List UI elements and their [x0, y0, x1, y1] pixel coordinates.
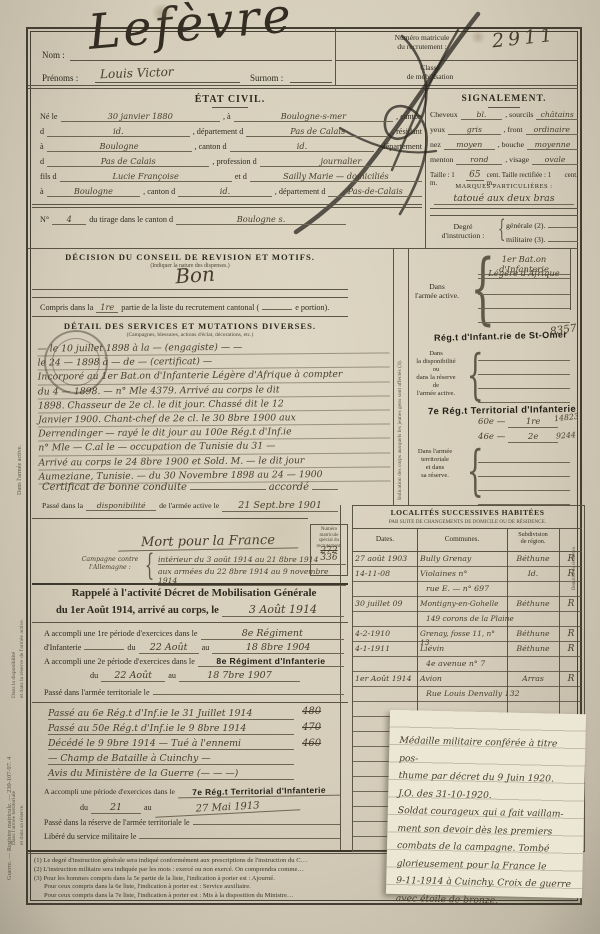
blank-line: [548, 241, 578, 242]
printed-label: territoriale: [421, 456, 449, 463]
periode-territoriale-line-2: du21au27 Mai 1913: [80, 802, 300, 814]
printed-label: de: [433, 382, 439, 389]
printed-label: du: [127, 643, 135, 652]
handwritten-entry: bl.: [461, 110, 503, 120]
blank-line: [478, 392, 570, 403]
libere-line: Libéré du service militaire le: [44, 832, 340, 841]
localites-col-dates: Dates.: [354, 535, 416, 543]
struck-number: 460: [302, 738, 321, 749]
loc-date: 27 août 1903: [355, 554, 415, 563]
printed-label: à: [40, 142, 44, 151]
nom-label: Nom :: [42, 50, 65, 60]
note-line: Médaille militaire conférée à titre pos-: [399, 732, 578, 771]
handwritten-entry: moyenne: [527, 140, 578, 150]
handwritten-entry: moyen: [444, 140, 495, 150]
blank-line: [478, 312, 570, 323]
loc-commune: 149 corons de la Plaine: [426, 614, 516, 623]
loc-subdivision: Béthune: [509, 644, 557, 653]
margin-label-disponibilite-2: et dans la réserve de l'armée active.: [19, 619, 25, 698]
paper-stain: [470, 30, 486, 44]
handwritten-entry: 18 7bre 1907: [179, 670, 300, 682]
handwritten-entry: id.: [178, 186, 272, 197]
handwritten-entry: 30 janvier 1880: [61, 111, 220, 122]
printed-label: , département d: [275, 187, 326, 196]
territorial-entry: Passé au 50e Rég.t d'Inf.ie le 9 8bre 19…: [48, 723, 294, 735]
printed-label: et dans: [426, 464, 445, 471]
handwritten-entry: rond: [456, 155, 502, 165]
matricule-label-line2: du recrutement :: [397, 42, 446, 51]
printed-label: Passé dans la: [42, 501, 83, 510]
blank-line: [139, 838, 340, 839]
handwritten-entry: 2e: [508, 432, 558, 443]
loc-mark: R: [561, 629, 581, 639]
divider: [393, 248, 394, 505]
rule: [95, 82, 240, 83]
printed-label: générale (2).: [506, 221, 545, 230]
instruction-generale: générale (2).: [506, 221, 578, 230]
loc-subdivision: Arras: [509, 674, 557, 683]
printed-label: à: [40, 187, 44, 196]
corps-active-entry: Légère d'Afrique: [478, 268, 570, 279]
printed-label: , profession d: [212, 157, 256, 166]
periode1-line-1: A accompli une 1re période d'exercices d…: [44, 628, 344, 640]
localites-subtitle: PAR SUITE DE CHANGEMENTS DE DOMICILE OU …: [354, 519, 581, 525]
signalement-title: SIGNALEMENT.: [430, 94, 578, 104]
printed-label: Dans: [429, 350, 443, 357]
instruction-militaire: militaire (3).: [506, 235, 578, 244]
territorial-entry: — Champ de Bataille à Cuinchy —: [48, 753, 294, 765]
blank-line: [153, 694, 344, 695]
compris-line: Compris dans la1repartie de la liste du …: [40, 302, 348, 313]
etat-line-5: fils dLucie Françoiseet dSailly Marie — …: [40, 171, 422, 182]
etat-line-6: àBoulogne, canton did., département dPas…: [40, 186, 422, 197]
handwritten-entry: 3 Août 1914: [222, 603, 344, 617]
loc-date: 1er Août 1914: [355, 674, 415, 683]
printed-label: , résidant: [392, 127, 422, 136]
printed-label: Compris dans la: [40, 303, 93, 312]
margin-label-armee-active: Dans l'armée active.: [16, 445, 23, 495]
etat-line-2: did., département dPas de Calais, résida…: [40, 126, 422, 137]
decision-title: DÉCISION DU CONSEIL DE REVISION ET MOTIF…: [56, 252, 324, 262]
footnotes: (1) Le degré d'instruction générale sera…: [34, 857, 578, 901]
passe-territoriale-line: Passé dans l'armée territoriale le: [44, 688, 344, 697]
blank-line: [478, 452, 570, 463]
etat-line-4: dPas de Calais, profession djournalier: [40, 156, 422, 167]
divider: [570, 248, 571, 310]
printed-label: la disponibilité: [416, 358, 455, 365]
printed-label: , département d: [193, 127, 244, 136]
loc-date: 14-11-08: [355, 569, 415, 578]
printed-label: A accompli une période d'exercices dans …: [44, 787, 175, 796]
marques-label: MARQUES PARTICULIÈRES :: [430, 183, 578, 190]
rule: [353, 528, 582, 529]
printed-label: au: [168, 671, 176, 680]
rule: [32, 297, 348, 298]
etat-civil-title: ÉTAT CIVIL.: [120, 94, 340, 105]
printed-label: d'Infanterie: [44, 643, 81, 652]
handwritten-entry: Sailly Marie — domiciliés: [250, 171, 422, 182]
rule: [430, 208, 578, 209]
loc-mark: R: [561, 569, 581, 579]
handwritten-entry: Pas de Calais: [47, 156, 209, 167]
classe-label: Classe de mobilisation: [385, 63, 475, 81]
printed-label: d'instruction :: [442, 231, 485, 240]
printed-label: Cheveux: [430, 110, 458, 119]
territorial-entry: Avis du Ministère de la Guerre (— — —): [48, 768, 294, 780]
printed-label: au: [202, 643, 210, 652]
printed-label: yeux: [430, 125, 445, 134]
localites-col-communes: Communes.: [419, 535, 505, 543]
corps-margin-label: Indication des corps auxquels les jeunes…: [397, 360, 403, 500]
footnote-line: (1) Le degré d'instruction générale sera…: [34, 857, 578, 866]
territorial-entry: Décédé le 9 9bre 1914 — Tué à l'ennemi: [48, 738, 294, 750]
handwritten-entry: Boulogne: [47, 186, 141, 197]
printed-label: , bouche: [498, 140, 524, 149]
handwritten-entry: 21: [91, 802, 141, 814]
printed-label: , à: [223, 112, 231, 121]
brace: {: [498, 217, 506, 241]
territorial-entry-46: 46e —2e: [478, 432, 558, 443]
printed-label: et d: [235, 172, 247, 181]
printed-label: du: [90, 671, 98, 680]
margin-label-territoriale-1: Dans l'armée territoriale: [11, 791, 17, 845]
printed-label: de région.: [521, 538, 546, 545]
printed-label: menton: [430, 155, 453, 164]
handwritten-entry: ovale: [532, 155, 578, 165]
printed-label: partie de la liste du recrutement canton…: [121, 303, 259, 312]
printed-label: cent.: [565, 171, 578, 179]
loc-date: 4-2-1910: [355, 629, 415, 638]
blank-line: [193, 824, 340, 825]
loc-subdivision: Id.: [509, 569, 557, 578]
etat-line-1: Né le30 janvier 1880, àBoulogne-s-mer, c…: [40, 111, 422, 122]
printed-label: , département: [377, 142, 422, 151]
printed-label: fils d: [40, 172, 57, 181]
handwritten-entry: ordinaire: [526, 125, 578, 135]
printed-label: l'armée active.: [415, 291, 459, 300]
printed-label: ou: [433, 366, 440, 373]
loc-commune: rue E. — n° 697: [426, 584, 511, 593]
footnote-line: Pour ceux compris dans la 7e liste, l'in…: [34, 892, 578, 901]
corps-dispo-label: Dans la disponibilité ou dans la réserve…: [409, 350, 463, 398]
handwritten-entry: 22 Août: [139, 642, 199, 654]
handwritten-entry: Boulogne-s-mer: [234, 111, 393, 122]
printed-label: Dans: [429, 282, 445, 291]
etat-line-3: àBoulogne, canton did., département: [40, 141, 422, 152]
printed-label: Subdivision: [518, 531, 548, 538]
printed-label: Dans l'armée: [418, 448, 452, 455]
printed-label: sa réserve.: [421, 472, 449, 479]
blank-line: [548, 227, 578, 228]
rule: [212, 107, 248, 108]
reserve-territoriale-line: Passé dans la réserve de l'armée territo…: [44, 818, 340, 827]
rule: [32, 207, 422, 208]
paper-stain: [150, 4, 174, 22]
printed-label: e portion).: [295, 303, 329, 312]
signalement-row-4: mentonrond, visageovale: [430, 155, 578, 165]
loc-mark: R: [561, 554, 581, 564]
loc-commune: Avion: [420, 674, 505, 683]
blank-line: [478, 466, 570, 477]
loc-mark: R: [561, 599, 581, 609]
signalement-row-3: nezmoyen, bouchemoyenne: [430, 140, 578, 150]
signalement-row-2: yeuxgris, frontordinaire: [430, 125, 578, 135]
printed-label: Passé dans l'armée territoriale le: [44, 688, 150, 697]
loc-date: 30 juillet 09: [355, 599, 415, 608]
loc-commune: Violaines n°: [420, 569, 505, 578]
handwritten-entry: gris: [448, 125, 500, 135]
blank-line: [478, 284, 570, 295]
regiment-stamp: 7e Rég.t Territorial d'Infanterie: [178, 785, 340, 799]
handwritten-entry: Certificat de bonne conduite: [42, 482, 187, 493]
prenoms-label: Prénoms :: [42, 73, 78, 83]
rule: [290, 82, 332, 83]
printed-label: , front: [504, 125, 523, 134]
mobilisation-line-2: du 1er Août 1914, arrivé au corps, le3 A…: [56, 603, 344, 617]
territorial-entry: Passé au 6e Rég.t d'Inf.ie le 31 Juillet…: [48, 708, 294, 720]
blank-line: [478, 494, 570, 505]
struck-number: 480: [302, 706, 321, 717]
handwritten-entry: id.: [47, 126, 190, 137]
printed-label: , canton: [396, 112, 422, 121]
handwritten-entry: l'Allemagne :: [89, 564, 131, 571]
handwritten-entry: 22 Août: [101, 670, 165, 682]
corps-terr-label: Dans l'armée territoriale et dans sa rés…: [407, 448, 463, 480]
printed-label: Libéré du service militaire le: [44, 832, 136, 841]
regiment-stamp: 8e Régiment d'Infanterie: [198, 656, 344, 667]
services-title: DÉTAIL DES SERVICES ET MUTATIONS DIVERSE…: [40, 321, 340, 331]
tirage-line: N°4du tirage dans le canton dBoulogne s.: [40, 214, 346, 225]
handwritten-entry: Boulogne: [47, 141, 192, 152]
margin-label-disponibilite-1: Dans la disponibilité: [11, 652, 17, 698]
matricule-label: Numéro matricule du recrutement :: [372, 33, 472, 51]
loc-commune: 4e avenue n° 7: [426, 659, 511, 668]
printed-label: , canton d: [143, 187, 175, 196]
loc-commune: Bully Grenay: [420, 554, 505, 563]
handwritten-entry: Campagne contre: [82, 556, 139, 563]
printed-label: Passé dans la réserve de l'armée territo…: [44, 818, 190, 827]
handwritten-entry: Pas-de-Calais: [328, 186, 422, 197]
rule: [28, 248, 578, 249]
rule: [32, 204, 422, 205]
printed-label: dans la réserve: [416, 374, 455, 381]
handwritten-entry: Pas de Calais: [246, 126, 389, 137]
rule: [488, 107, 520, 108]
footnote-line: (3) Pour les hommes compris dans la 5e p…: [34, 875, 578, 884]
printed-label: d: [40, 157, 44, 166]
prenoms-value: Louis Victor: [100, 65, 174, 82]
printed-label: N°: [40, 215, 49, 224]
territorial-entry-60: 60e —1re: [478, 417, 558, 428]
surnom-label: Surnom :: [250, 73, 283, 83]
handwritten-entry: Lucie Françoise: [60, 171, 232, 182]
printed-label: du: [80, 803, 88, 812]
loc-mark: R: [561, 644, 581, 654]
periode2-line-2: du22 Aoûtau18 7bre 1907: [90, 670, 300, 682]
blank-line: [478, 480, 570, 491]
rule: [32, 316, 348, 317]
printed-label: du tirage dans le canton d: [89, 215, 173, 224]
footnote-line: (2) L'instruction militaire sera indiqué…: [34, 866, 578, 875]
printed-label: , sourcils: [505, 110, 533, 119]
blank-line: [478, 350, 570, 361]
campagne-label: Campagne contre l'Allemagne :: [78, 556, 142, 571]
printed-label: du 1er Août 1914, arrivé au corps, le: [56, 605, 219, 616]
rule: [32, 702, 348, 703]
loc-subdivision: Béthune: [509, 554, 557, 563]
blank-line: [478, 378, 570, 389]
rule: [70, 60, 332, 61]
handwritten-number: 9244: [556, 430, 576, 440]
printed-label: au: [144, 803, 152, 812]
footnote-line: Pour ceux compris dans la 6e liste, l'in…: [34, 883, 578, 892]
struck-number: 470: [302, 722, 321, 733]
periode2-line-1: A accompli une 2e période d'exercices da…: [44, 656, 344, 667]
loc-subdivision: Béthune: [509, 629, 557, 638]
classe-label-line1: Classe: [420, 63, 440, 72]
corps-active-label: Dans l'armée active.: [412, 282, 462, 300]
printed-label: militaire (3).: [506, 235, 545, 244]
handwritten-entry: 65: [466, 170, 484, 181]
printed-label: , visage: [505, 155, 529, 164]
localites-title: LOCALITÉS SUCCESSIVES HABITÉES: [354, 508, 581, 517]
periode-territoriale-line-1: A accompli une période d'exercices dans …: [44, 786, 340, 797]
printed-label: A accompli une 1re période d'exercices d…: [44, 629, 198, 638]
signalement-row-1: Cheveuxbl., sourcilschâtains: [430, 110, 578, 120]
marques-value: tatoué aux deux bras: [434, 193, 574, 205]
rule: [32, 289, 348, 290]
blank-line: [478, 298, 570, 309]
margin-label-territoriale-2: et dans sa réserve.: [19, 804, 25, 845]
handwritten-entry: 18 8bre 1904: [212, 642, 344, 654]
printed-label: , canton d: [195, 142, 227, 151]
handwritten-entry: disponibilité: [86, 501, 156, 511]
brace: {: [145, 551, 155, 581]
printed-label: nez: [430, 140, 441, 149]
printed-label: d: [40, 127, 44, 136]
matricule-label-line1: Numéro matricule: [395, 33, 450, 42]
loc-mark: R: [561, 674, 581, 684]
handwritten-entry: 60e —: [478, 417, 505, 427]
printed-label: Degré: [453, 222, 472, 231]
handwritten-entry: Boulogne s.: [176, 214, 346, 225]
localites-col-subdivision: Subdivision de région.: [508, 531, 558, 545]
loc-commune: Montigny-en-Gohelle: [420, 599, 505, 608]
loc-commune: Liévin: [420, 644, 505, 653]
handwritten-entry: châtains: [536, 110, 578, 120]
rule: [32, 622, 348, 623]
loc-date: 4-1-1911: [355, 644, 415, 653]
handwritten-entry: 1re: [96, 302, 118, 313]
handwritten-entry: 4: [52, 214, 86, 225]
printed-label: l'armée active.: [417, 390, 455, 397]
blank-line: [262, 309, 292, 310]
handwritten-entry: id.: [230, 141, 375, 152]
periode1-line-2: d'Infanteriedu22 Aoûtau18 8bre 1904: [44, 642, 344, 654]
loc-commune: Rue Louis Denvally 132: [426, 689, 521, 698]
printed-label: A accompli une 2e période d'exercices da…: [44, 657, 195, 666]
handwritten-entry: 1re: [508, 417, 558, 428]
printed-label: Né le: [40, 112, 58, 121]
loc-subdivision: Béthune: [509, 599, 557, 608]
blank-line: [84, 649, 124, 650]
handwritten-entry: 8e Régiment: [201, 628, 344, 640]
instruction-label: Degré d'instruction :: [432, 222, 494, 240]
military-register-sheet: Lefèvre Nom : Prénoms : Louis Victor Sur…: [0, 0, 600, 934]
classe-label-line2: de mobilisation: [407, 72, 453, 81]
handwritten-entry: journalier: [260, 156, 422, 167]
blank-line: [478, 364, 570, 375]
